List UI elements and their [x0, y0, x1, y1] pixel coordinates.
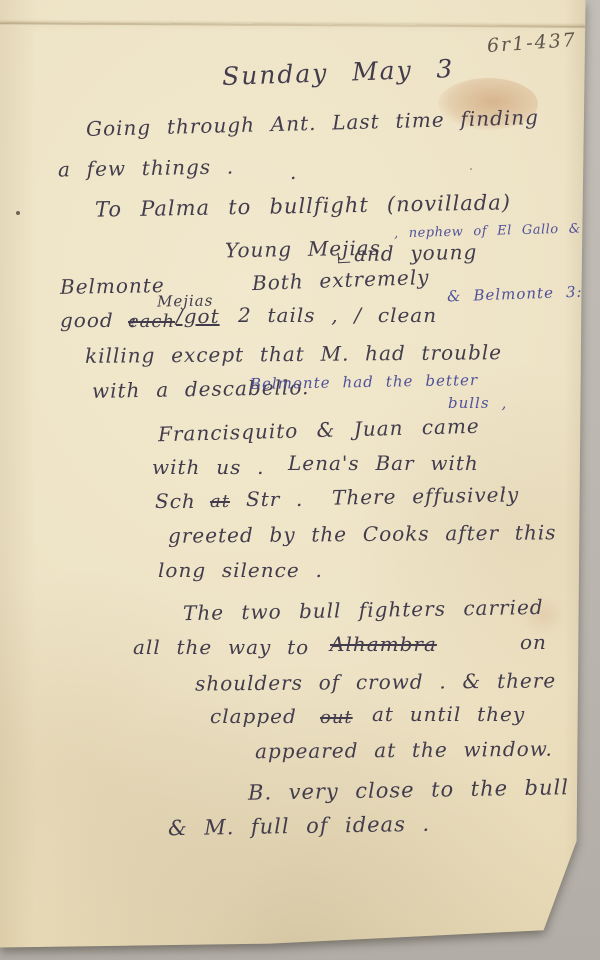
handwritten-line: good : — [60, 310, 137, 330]
crease-line — [0, 22, 585, 28]
handwritten-line: all the way to — [133, 637, 309, 657]
handwritten-line: greeted by the Cooks after this — [168, 522, 557, 545]
handwritten-line: killing except that M. had trouble — [85, 342, 502, 366]
paper-sheet: 6r1-437 Sunday May 3 Going through Ant. … — [0, 0, 600, 960]
date-heading: Sunday May 3 — [222, 56, 455, 89]
insertion-caret-mark — [338, 253, 351, 264]
handwritten-line: Belmonte — [60, 275, 165, 297]
ink-annotation: bulls , — [448, 396, 507, 411]
handwritten-line: Str . — [246, 489, 303, 509]
ink-annotation: Belmonte had the better — [250, 373, 478, 392]
struck-word: out — [320, 709, 353, 727]
handwritten-line: There effusively — [332, 484, 520, 507]
handwritten-line: and young — [354, 242, 478, 264]
manuscript-page: 6r1-437 Sunday May 3 Going through Ant. … — [0, 0, 600, 960]
ink-annotation: , nephew of El Gallo & Dondito, — [394, 221, 600, 241]
handwritten-line: with us . — [152, 457, 264, 477]
handwritten-line: & M. full of ideas . — [168, 814, 430, 840]
handwritten-line: a few things . — [58, 156, 235, 179]
handwritten-line: The two bull fighters carried — [183, 597, 544, 623]
handwritten-line: To Palma to bullfight (novillada) — [95, 192, 511, 220]
handwritten-line: appeared at the window. — [255, 739, 553, 762]
handwritten-line: /got — [176, 306, 220, 326]
handwritten-line: shoulders of crowd . & there — [195, 670, 556, 693]
ink-speck — [470, 168, 472, 170]
stray-dot: . — [290, 162, 297, 182]
handwritten-line: Sch — [155, 491, 196, 511]
handwritten-line: Both extremely — [252, 267, 430, 293]
archive-number: 6r1-437 — [486, 31, 577, 56]
handwritten-line: Lena's Bar with — [288, 453, 479, 473]
handwritten-line: long silence . — [158, 560, 323, 580]
handwritten-line: at until they — [372, 704, 525, 724]
handwritten-line: Francisquito & Juan came — [158, 416, 480, 444]
struck-word: each — [128, 313, 175, 331]
struck-word: at — [210, 493, 230, 511]
ink-speck — [16, 211, 20, 215]
handwritten-line: on — [520, 632, 547, 652]
handwritten-line: 2 tails , / clean — [238, 305, 437, 325]
handwritten-line: B. very close to the bull — [248, 777, 569, 804]
struck-word: Alhambra — [330, 634, 437, 654]
ink-annotation: & Belmonte 3: — [447, 285, 583, 305]
handwritten-line: Going through Ant. Last time finding — [86, 107, 539, 139]
handwritten-line: clapped — [210, 706, 297, 726]
